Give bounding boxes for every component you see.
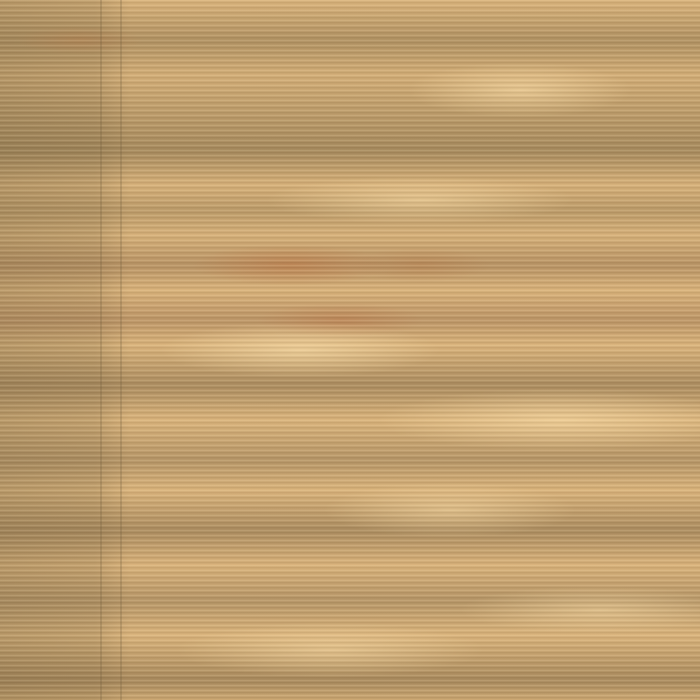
- rug-texture: [0, 0, 700, 700]
- fine-streaks: [0, 0, 700, 700]
- border-seam: [120, 0, 122, 700]
- border-seam: [100, 0, 102, 700]
